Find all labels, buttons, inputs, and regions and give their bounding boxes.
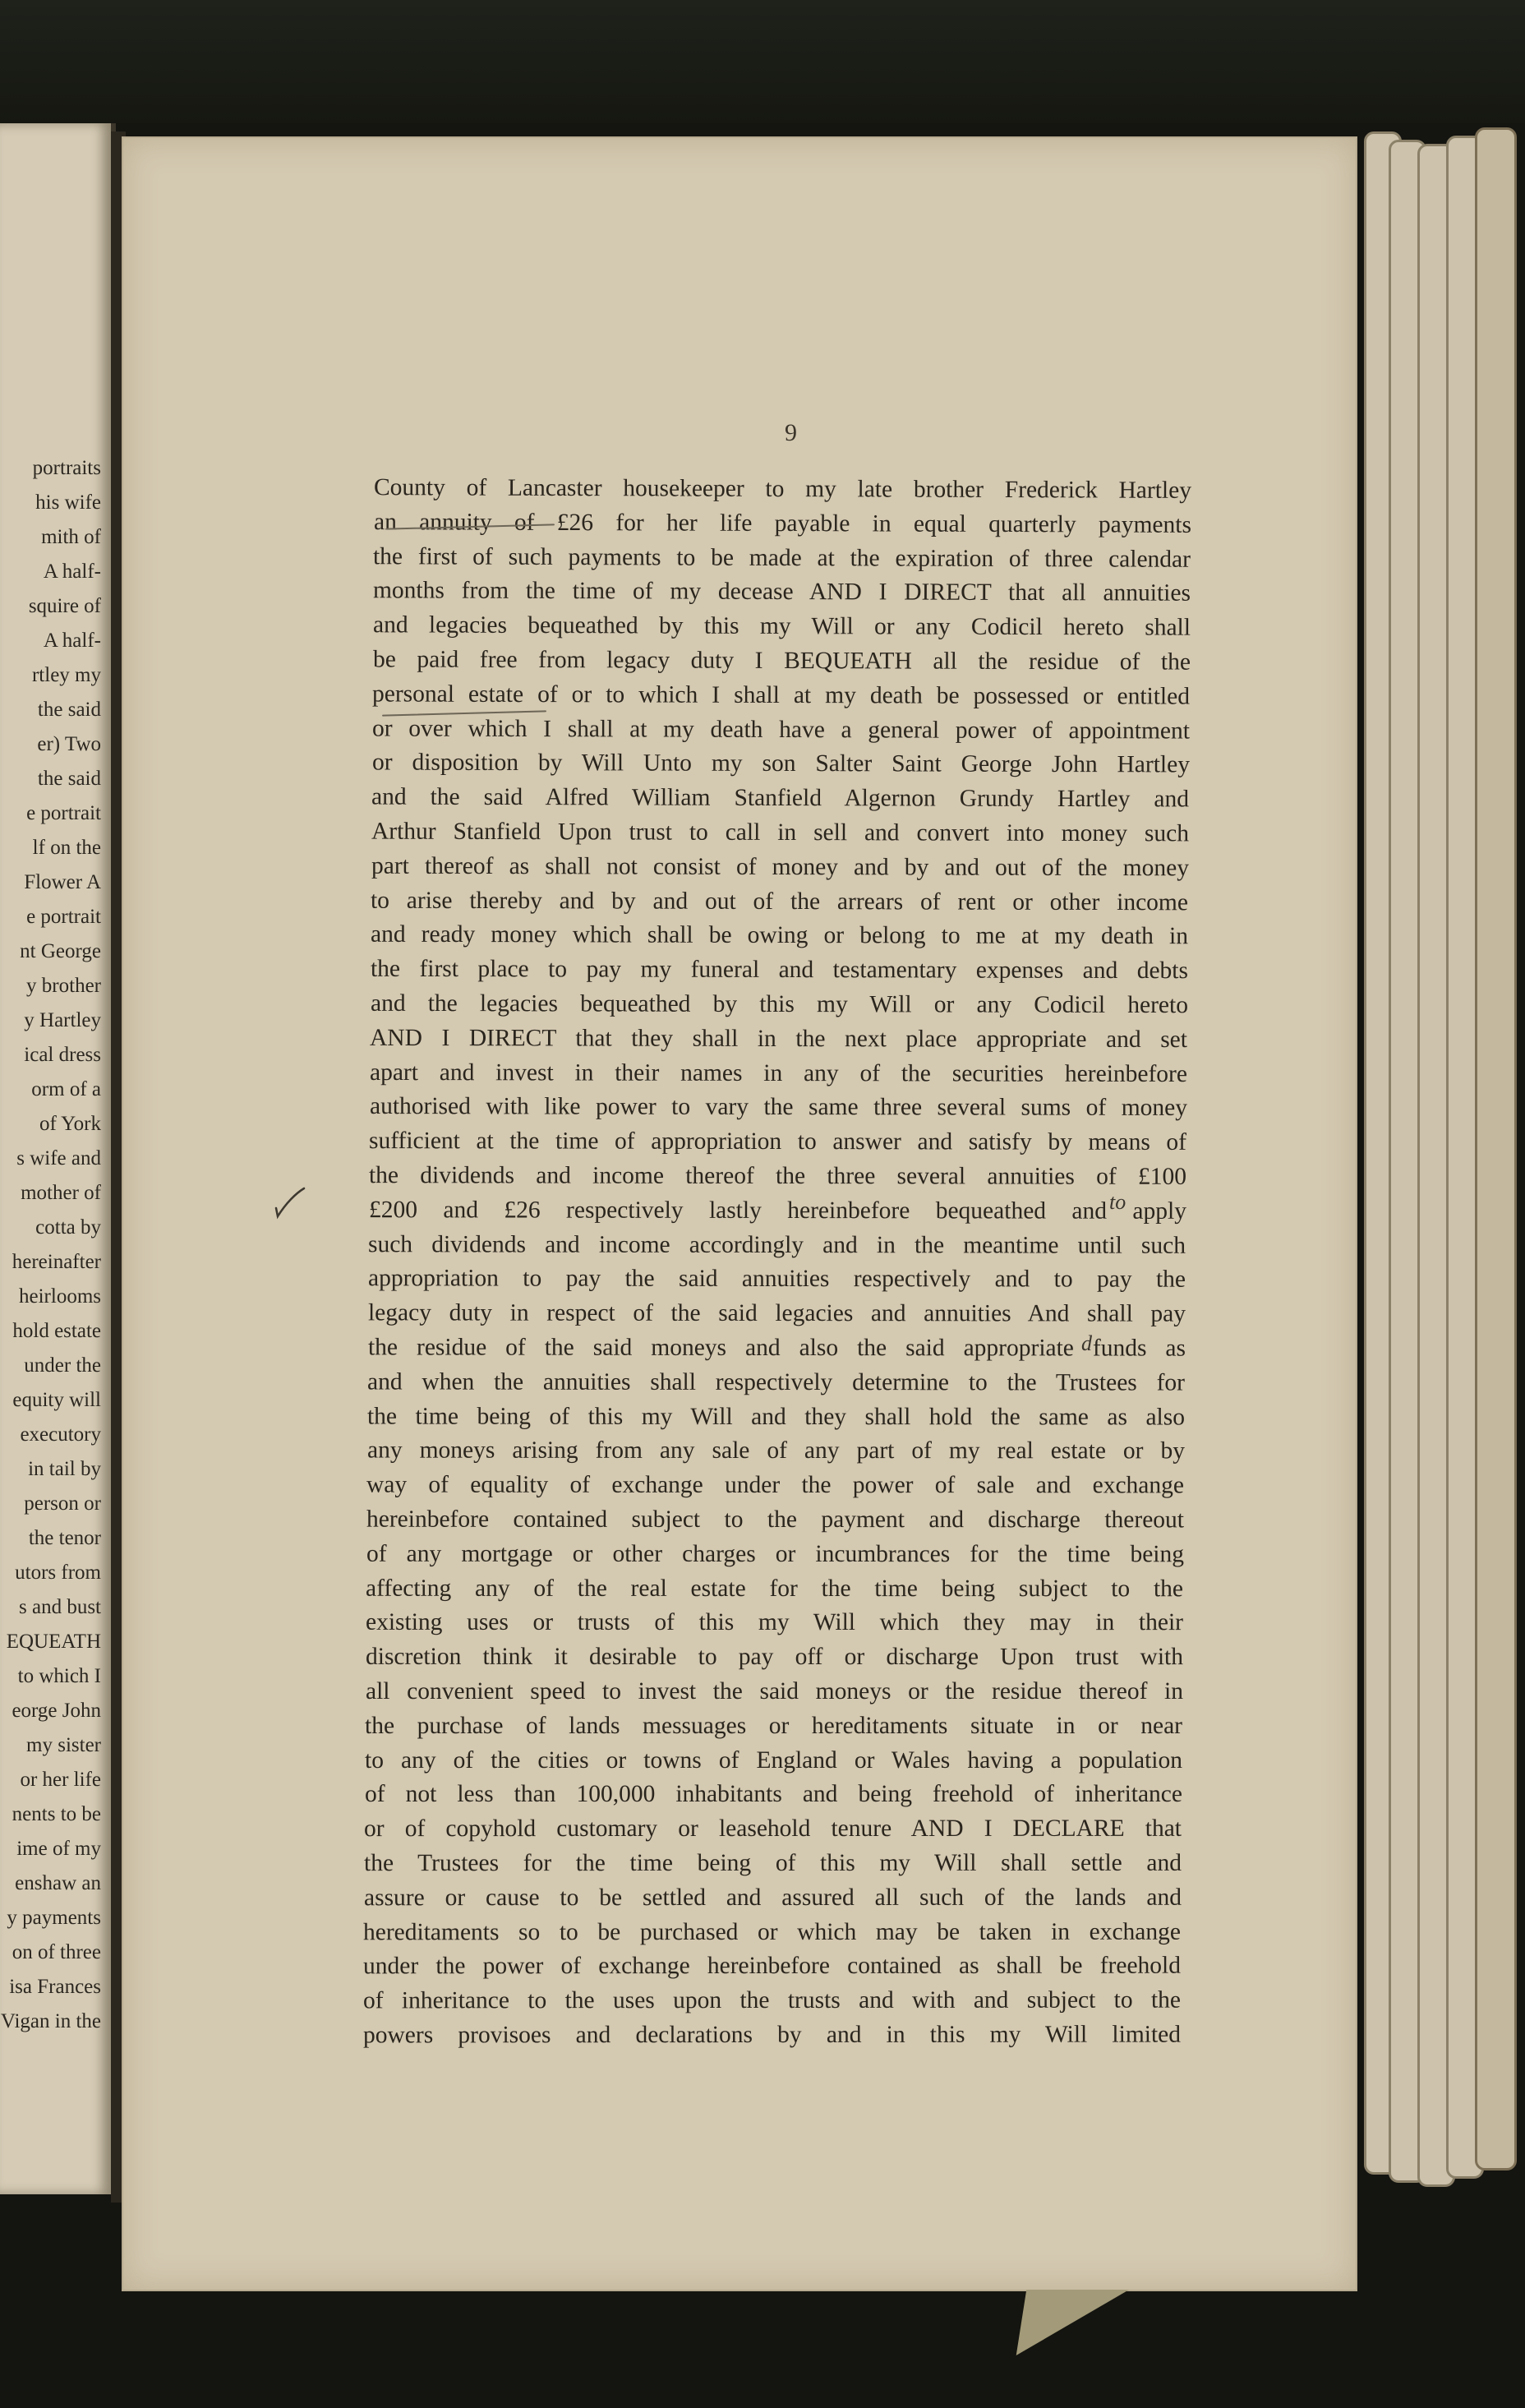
text-line: authorised with like power to vary the s… <box>370 1092 1187 1122</box>
text-line: hereinbefore contained subject to the pa… <box>366 1506 1184 1534</box>
text-line: of any mortgage or other charges or incu… <box>366 1540 1184 1569</box>
text-line: apart and invest in their names in any o… <box>370 1059 1187 1088</box>
text-line: of not less than 100,000 inhabitants and… <box>365 1780 1182 1808</box>
text-line: the residue of the said moneys and also … <box>367 1333 1185 1362</box>
text-line: such dividends and income accordingly an… <box>368 1230 1186 1260</box>
left-page-text-line: the said <box>38 698 101 722</box>
text-line: or disposition by Will Unto my son Salte… <box>372 749 1190 779</box>
left-page-text-line: cotta by <box>35 1216 101 1240</box>
left-page-text-line: portraits <box>33 456 101 481</box>
text-line: powers provisoes and declarations by and… <box>362 2021 1180 2050</box>
left-page-text-line: e portrait <box>26 801 101 826</box>
page-edge <box>1475 127 1517 2170</box>
text-line: part thereof as shall not consist of mon… <box>371 851 1189 882</box>
text-line: personal estate of or to which I shall a… <box>372 680 1190 710</box>
text-line: under the power of exchange hereinbefore… <box>363 1952 1181 1981</box>
left-page-text-line: utors from <box>15 1561 101 1585</box>
text-line: or of copyhold customary or leasehold te… <box>364 1815 1182 1843</box>
text-line: hereditaments so to be purchased or whic… <box>363 1917 1181 1946</box>
left-page-text-line: er) Two <box>37 732 101 757</box>
text-line: the first of such payments to be made at… <box>373 542 1191 574</box>
text-line: any moneys arising from any sale of any … <box>367 1437 1185 1465</box>
left-page-text-line: equity will <box>12 1388 101 1413</box>
left-page-text-line: his wife <box>35 491 101 515</box>
left-page-text-line: to which I <box>18 1664 101 1689</box>
left-page-text-line: in tail by <box>28 1457 101 1482</box>
left-page-text-line: the said <box>38 767 101 791</box>
left-page-text-line: lf on the <box>33 836 101 860</box>
left-page-text-line: under the <box>24 1354 101 1378</box>
left-page-text-line: e portrait <box>26 905 101 930</box>
text-line: and the said Alfred William Stanfield Al… <box>371 783 1189 814</box>
left-page-text-line: orm of a <box>31 1077 101 1102</box>
left-page-text-line: my sister <box>26 1733 101 1758</box>
text-line: and legacies bequeathed by this my Will … <box>373 611 1191 641</box>
left-page-text-line: y payments <box>7 1906 101 1931</box>
text-line: of inheritance to the uses upon the trus… <box>363 1986 1181 2015</box>
left-page-text-line: the tenor <box>29 1526 101 1551</box>
left-page-text-line: nents to be <box>12 1802 101 1827</box>
left-page-text-line: isa Frances <box>9 1975 101 2000</box>
text-line: an annuity of £26 for her life payable i… <box>374 508 1191 539</box>
left-page-text-line: A half- <box>44 629 101 653</box>
text-line: all convenient speed to invest the said … <box>365 1677 1182 1705</box>
text-line: discretion think it desirable to pay off… <box>366 1643 1183 1671</box>
text-line: affecting any of the real estate for the… <box>366 1574 1183 1602</box>
left-page-text-line: s wife and <box>16 1146 101 1171</box>
text-line: appropriation to pay the said annuities … <box>368 1265 1186 1294</box>
left-page-text-line: or her life <box>20 1768 101 1792</box>
text-line: or over which I shall at my death have a… <box>372 714 1190 745</box>
left-page-text-line: s and bust <box>19 1595 101 1620</box>
text-line: be paid free from legacy duty I BEQUEATH… <box>372 645 1190 676</box>
margin-check-icon <box>271 1183 311 1223</box>
text-line: sufficient at the time of appropriation … <box>369 1127 1186 1156</box>
left-page-text-line: on of three <box>12 1940 101 1965</box>
left-page-text-line: nt George <box>20 939 101 964</box>
text-line: to any of the cities or towns of England… <box>365 1746 1182 1774</box>
text-line: Arthur Stanfield Upon trust to call in s… <box>371 818 1189 848</box>
left-page-text-line: executory <box>20 1423 101 1447</box>
text-line: the first place to pay my funeral and te… <box>371 955 1188 985</box>
text-line: and the legacies bequeathed by this my W… <box>370 989 1187 1019</box>
left-page-text-line: enshaw an <box>15 1871 101 1896</box>
text-line: to arise thereby and by and out of the a… <box>371 886 1188 916</box>
left-page-text-line: heirlooms <box>19 1285 101 1309</box>
handwritten-insert-d: d <box>1081 1331 1092 1356</box>
left-page-text-line: A half- <box>44 560 101 584</box>
text-line: County of Lancaster housekeeper to my la… <box>374 473 1191 505</box>
left-page-text-line: ime of my <box>16 1837 101 1861</box>
text-line: months from the time of my decease AND I… <box>373 577 1191 608</box>
text-line: the dividends and income thereof the thr… <box>369 1161 1186 1191</box>
text-line: legacy duty in respect of the said legac… <box>368 1299 1186 1328</box>
text-line: £200 and £26 respectively lastly hereinb… <box>369 1196 1186 1225</box>
text-line: and when the annuities shall respectivel… <box>367 1368 1185 1396</box>
left-page-text-line: eorge John <box>12 1699 101 1723</box>
left-page-text-line: Vigan in the <box>1 2009 101 2034</box>
text-line: existing uses or trusts of this my Will … <box>366 1608 1183 1636</box>
left-page-text-line: person or <box>24 1492 101 1516</box>
torn-paper-tab <box>992 2290 1130 2355</box>
text-line: the Trustees for the time being of this … <box>364 1849 1182 1877</box>
left-page-text-line: mith of <box>41 525 101 550</box>
text-line: way of equality of exchange under the po… <box>366 1471 1184 1500</box>
book-cover-top <box>0 0 1525 123</box>
left-page-text-line: Flower A <box>24 870 101 895</box>
left-page-text-line: hereinafter <box>12 1250 101 1275</box>
left-page-text-line: squire of <box>29 594 101 619</box>
left-page-text-line: hold estate <box>12 1319 101 1344</box>
left-page-text-line: of York <box>39 1112 101 1137</box>
text-line: and ready money which shall be owing or … <box>371 920 1188 950</box>
left-page-text-line: mother of <box>21 1181 101 1206</box>
page-number: 9 <box>785 419 797 447</box>
text-line: the time being of this my Will and they … <box>367 1402 1185 1431</box>
left-page-text-line: ical dress <box>24 1043 101 1068</box>
page-stack-edges <box>1356 123 1525 2235</box>
left-page-fragment: portraitshis wifemith ofA half-squire of… <box>0 123 116 2194</box>
left-page-text-line: rtley my <box>32 663 101 688</box>
left-page-text-line: EQUEATH <box>7 1630 101 1654</box>
left-page-text-line: y Hartley <box>24 1008 101 1033</box>
text-line: assure or cause to be settled and assure… <box>364 1884 1182 1912</box>
text-line: AND I DIRECT that they shall in the next… <box>370 1024 1187 1054</box>
handwritten-insert-to: to <box>1109 1190 1126 1215</box>
text-line: the purchase of lands messuages or hered… <box>365 1712 1182 1740</box>
left-page-text-line: y brother <box>26 974 101 999</box>
